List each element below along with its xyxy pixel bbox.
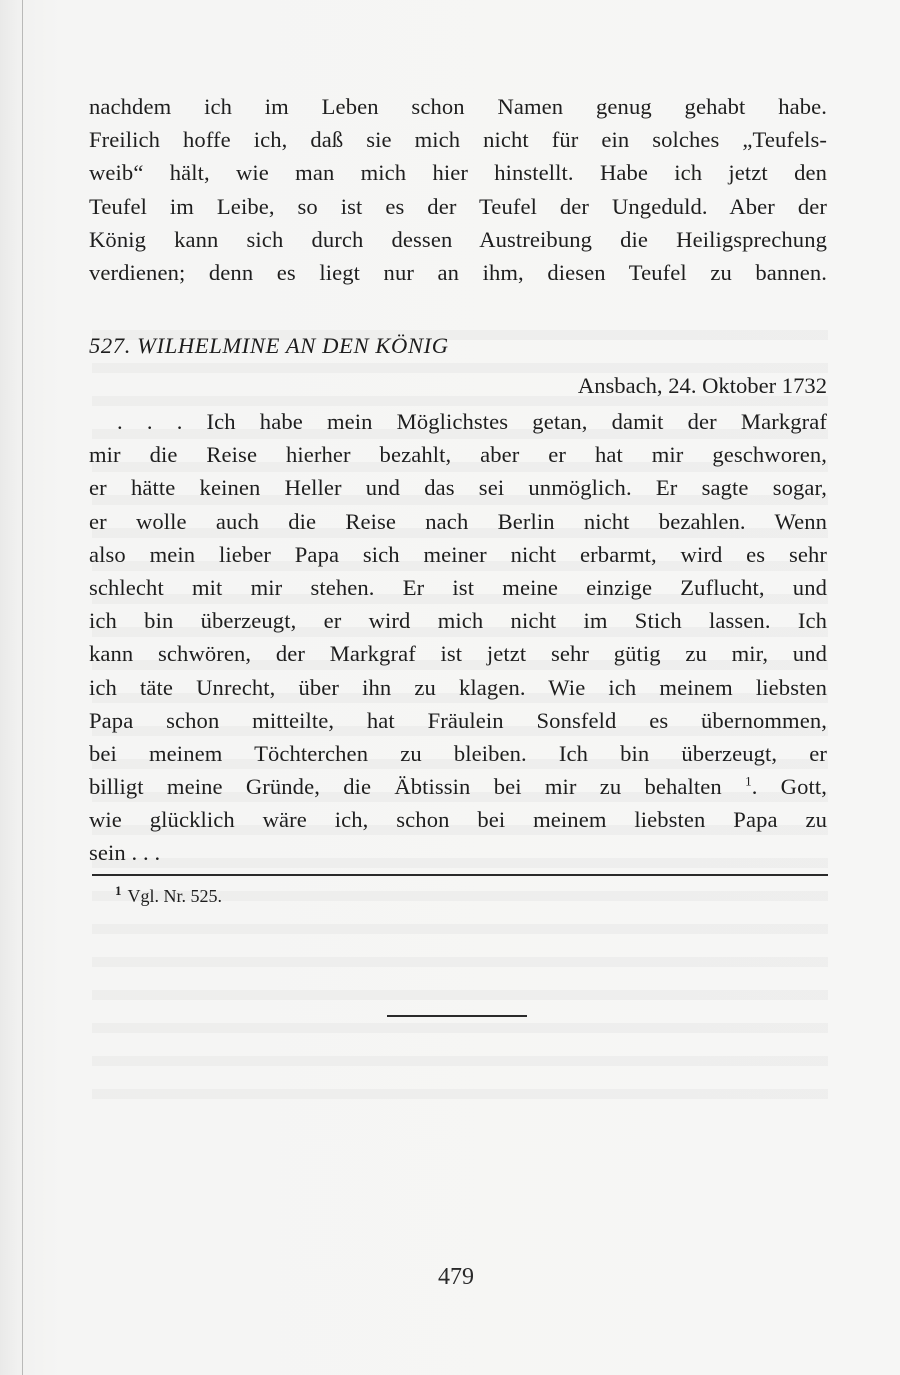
page-number: 479 bbox=[0, 1262, 900, 1292]
footnote-reference-marker[interactable]: 1 bbox=[745, 774, 752, 789]
text-line: Freilich hoffe ich, daß sie mich nicht f… bbox=[89, 123, 827, 156]
text-line: er hätte keinen Heller und das sei unmög… bbox=[89, 471, 827, 504]
text-line-with-footnote: billigt meine Gründe, die Äbtissin bei m… bbox=[89, 770, 827, 803]
section-end-rule bbox=[387, 1015, 527, 1017]
letter-body: . . . Ich habe mein Möglichstes getan, d… bbox=[89, 405, 827, 870]
text-line: schlecht mit mir stehen. Er ist meine ei… bbox=[89, 571, 827, 604]
text-line: bei meinem Töchterchen zu bleiben. Ich b… bbox=[89, 737, 827, 770]
text-line: nachdem ich im Leben schon Namen genug g… bbox=[89, 90, 827, 123]
footnote-separator-rule bbox=[92, 874, 828, 876]
text-line: kann schwören, der Markgraf ist jetzt se… bbox=[89, 637, 827, 670]
text-line: also mein lieber Papa sich meiner nicht … bbox=[89, 538, 827, 571]
footnote-text: Vgl. Nr. 525. bbox=[128, 886, 223, 906]
text-line: ich bin überzeugt, er wird mich nicht im… bbox=[89, 604, 827, 637]
text-line: sein . . . bbox=[89, 836, 827, 869]
text-segment: . Gott, bbox=[752, 774, 827, 799]
text-line: König kann sich durch dessen Austreibung… bbox=[89, 223, 827, 256]
text-line: ich täte Unrecht, über ihn zu klagen. Wi… bbox=[89, 671, 827, 704]
text-line: Teufel im Leibe, so ist es der Teufel de… bbox=[89, 190, 827, 223]
text-segment: billigt meine Gründe, die Äbtissin bei m… bbox=[89, 774, 722, 799]
text-line: er wolle auch die Reise nach Berlin nich… bbox=[89, 505, 827, 538]
footnote: 1Vgl. Nr. 525. bbox=[115, 883, 222, 909]
continued-paragraph: nachdem ich im Leben schon Namen genug g… bbox=[89, 90, 827, 289]
text-line: Papa schon mitteilte, hat Fräulein Sonsf… bbox=[89, 704, 827, 737]
text-line: mir die Reise hierher bezahlt, aber er h… bbox=[89, 438, 827, 471]
text-line: wie glücklich wäre ich, schon bei meinem… bbox=[89, 803, 827, 836]
letter-heading: 527. WILHELMINE AN DEN KÖNIG bbox=[89, 331, 449, 361]
footnote-number: 1 bbox=[115, 883, 122, 898]
letter-dateline: Ansbach, 24. Oktober 1732 bbox=[578, 371, 827, 401]
book-page: nachdem ich im Leben schon Namen genug g… bbox=[0, 0, 900, 1375]
text-line: verdienen; denn es liegt nur an ihm, die… bbox=[89, 256, 827, 289]
text-line: weib“ hält, wie man mich hier hinstellt.… bbox=[89, 156, 827, 189]
binding-edge-line bbox=[22, 0, 23, 1375]
text-line: . . . Ich habe mein Möglichstes getan, d… bbox=[89, 405, 827, 438]
